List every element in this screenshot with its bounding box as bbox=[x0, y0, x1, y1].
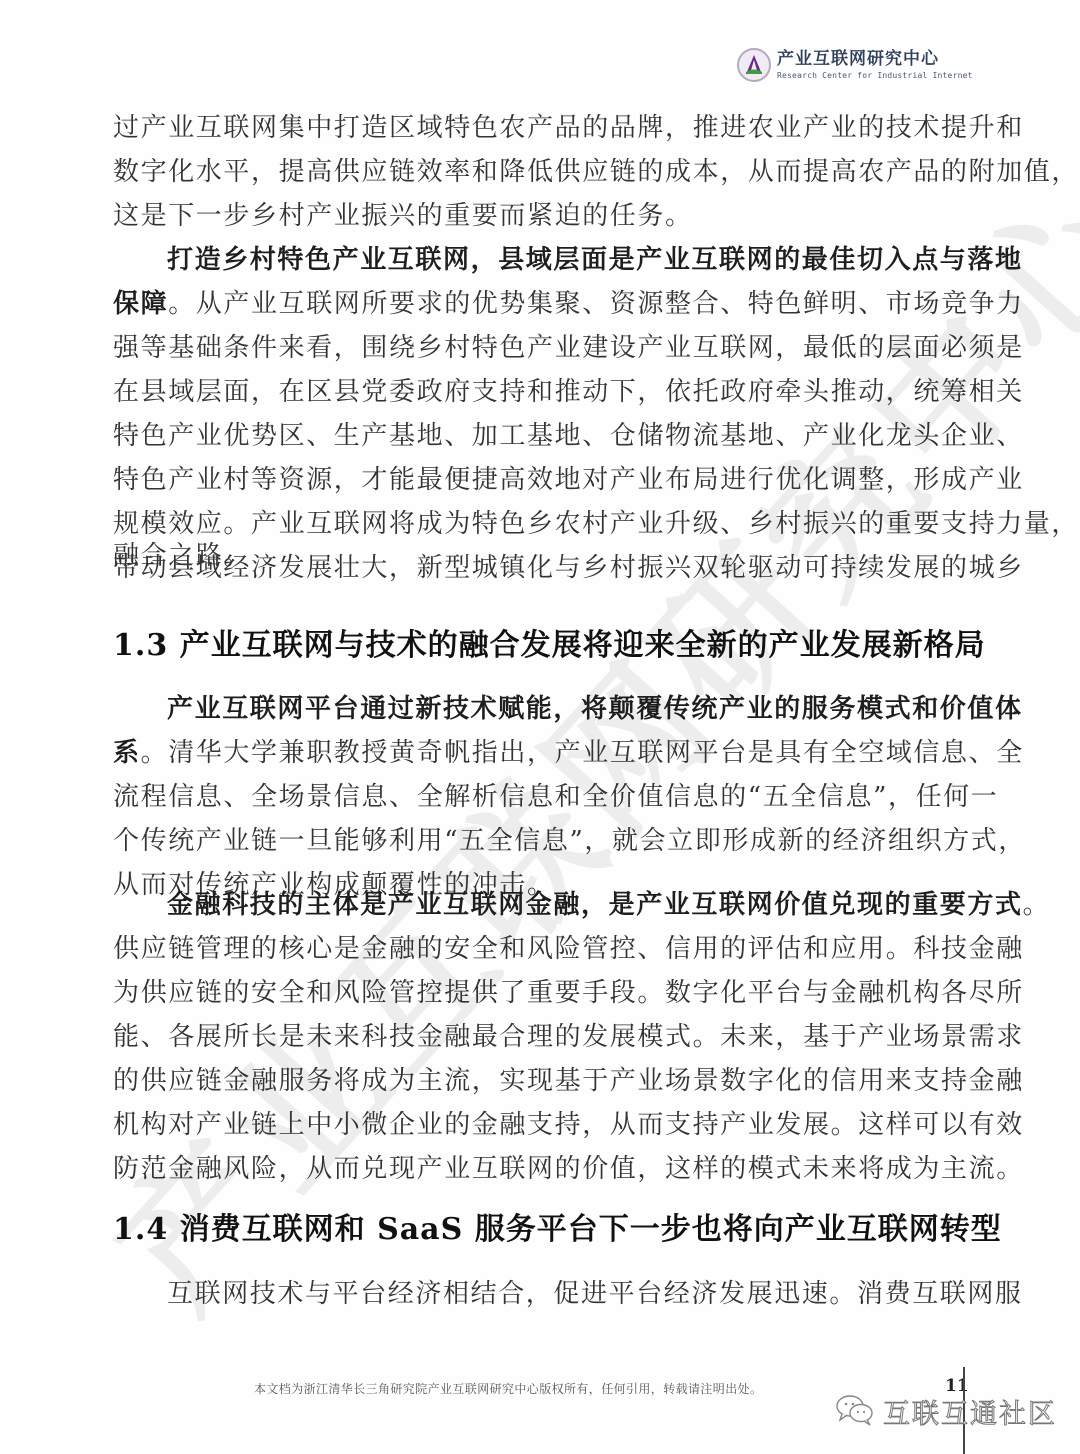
logo-english-name: Research Center for Industrial Internet bbox=[777, 72, 973, 80]
paragraph-line: 流程信息、全场景信息、全解析信息和全价值信息的“五全信息”，任何一 bbox=[113, 782, 998, 812]
paragraph-line: 互联网技术与平台经济相结合，促进平台经济发展迅速。消费互联网服 bbox=[167, 1279, 1023, 1309]
paragraph-lead-bold: 金融科技的主体是产业互联网金融，是产业互联网价值兑现的重要方式。 bbox=[167, 890, 1050, 920]
paragraph-line: 规模效应。产业互联网将成为特色乡农村产业升级、乡村振兴的重要支持力量， bbox=[113, 509, 1079, 539]
paragraph-line: 数字化水平，提高供应链效率和降低供应链的成本，从而提高农产品的附加值， bbox=[113, 157, 1079, 187]
paragraph-line: 系。清华大学兼职教授黄奇帆指出，产业互联网平台是具有全空域信息、全 bbox=[113, 738, 1024, 768]
paragraph-line: 防范金融风险，从而兑现产业互联网的价值，这样的模式未来将成为主流。 bbox=[113, 1154, 1024, 1184]
paragraph-line: 个传统产业链一旦能够利用“五全信息”，就会立即形成新的经济组织方式， bbox=[113, 826, 1026, 856]
research-center-emblem-icon bbox=[737, 48, 771, 82]
paragraph-line: 供应链管理的核心是金融的安全和风险管控、信用的评估和应用。科技金融 bbox=[113, 934, 1024, 964]
paragraph-line: 为供应链的安全和风险管控提供了重要手段。数字化平台与金融机构各尽所 bbox=[113, 978, 1024, 1008]
header-logo: 产业互联网研究中心 Research Center for Industrial… bbox=[737, 48, 973, 82]
document-page: 产业互联网研究中心 Research Center for Industrial… bbox=[0, 0, 1080, 1454]
paragraph-line: 融合之路。 bbox=[113, 541, 251, 571]
community-brand-watermark: 互联互通社区 bbox=[835, 1392, 1057, 1431]
paragraph-line: 的供应链金融服务将成为主流，实现基于产业场景数字化的信用来支持金融 bbox=[113, 1066, 1024, 1096]
paragraph-line: 特色产业优势区、生产基地、加工基地、仓储物流基地、产业化龙头企业、 bbox=[113, 421, 1024, 451]
paragraph-lead-bold: 产业互联网平台通过新技术赋能，将颠覆传统产业的服务模式和价值体 bbox=[167, 694, 1023, 724]
copyright-notice: 本文档为浙江清华长三角研究院产业互联网研究中心版权所有，任何引用，转载请注明出处… bbox=[254, 1380, 762, 1397]
paragraph-line: 保障。从产业互联网所要求的优势集聚、资源整合、特色鲜明、市场竞争力 bbox=[113, 289, 1024, 319]
paragraph-line: 这是下一步乡村产业振兴的重要而紧迫的任务。 bbox=[113, 201, 693, 231]
logo-chinese-name: 产业互联网研究中心 bbox=[777, 51, 973, 68]
paragraph-line: 特色产业村等资源，才能最便捷高效地对产业布局进行优化调整，形成产业 bbox=[113, 465, 1024, 495]
paragraph-line: 在县域层面，在区县党委政府支持和推动下，依托政府牵头推动，统筹相关 bbox=[113, 377, 1024, 407]
paragraph-line: 强等基础条件来看，围绕乡村特色产业建设产业互联网，最低的层面必须是 bbox=[113, 333, 1024, 363]
paragraph-lead-bold: 打造乡村特色产业互联网，县域层面是产业互联网的最佳切入点与落地 bbox=[167, 245, 1023, 275]
section-heading-1-4: 1.4 消费互联网和 SaaS 服务平台下一步也将向产业互联网转型 bbox=[113, 1204, 1002, 1248]
community-brand-name: 互联互通社区 bbox=[883, 1392, 1057, 1431]
section-heading-1-3: 1.3 产业互联网与技术的融合发展将迎来全新的产业发展新格局 bbox=[113, 620, 986, 664]
paragraph-line: 能、各展所长是未来科技金融最合理的发展模式。未来，基于产业场景需求 bbox=[113, 1022, 1024, 1052]
paragraph-line: 机构对产业链上中小微企业的金融支持，从而支持产业发展。这样可以有效 bbox=[113, 1110, 1024, 1140]
wechat-icon bbox=[835, 1393, 875, 1431]
paragraph-line: 过产业互联网集中打造区域特色农产品的品牌，推进农业产业的技术提升和 bbox=[113, 113, 1024, 143]
